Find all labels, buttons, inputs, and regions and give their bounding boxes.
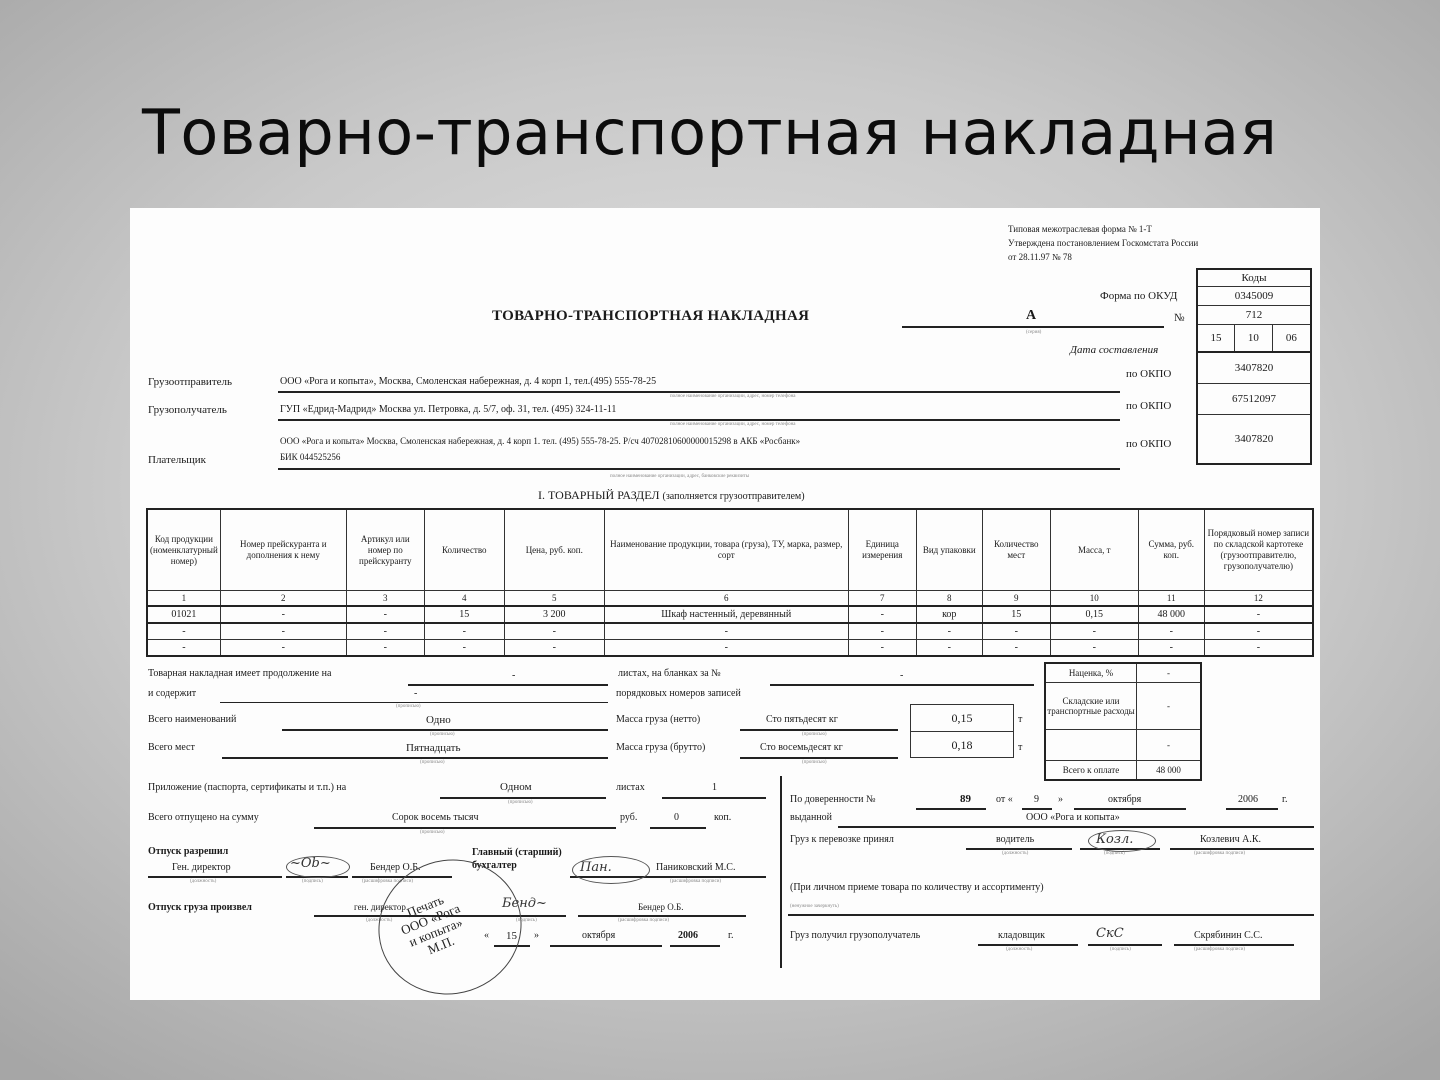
form-title: ТОВАРНО-ТРАНСПОРТНАЯ НАКЛАДНАЯ	[492, 308, 809, 325]
cell-unit: -	[848, 623, 916, 640]
released-hint: (прописью)	[420, 830, 445, 835]
permitted-label: Отпуск разрешил	[148, 846, 228, 857]
date-month: 10	[1235, 325, 1273, 353]
col-number: 1	[147, 591, 220, 607]
col-header: Порядковый номер записи по складской кар…	[1204, 509, 1313, 591]
receipt-note-hint: (ненужное зачеркнуть)	[790, 904, 839, 909]
total-places-hint: (прописью)	[420, 760, 445, 765]
contains-label: и содержит	[148, 688, 196, 699]
okpo-label-shipper: по ОКПО	[1126, 368, 1171, 380]
gross-unit: т	[1018, 742, 1022, 753]
section-title: I. ТОВАРНЫЙ РАЗДЕЛ (заполняется грузоотп…	[538, 488, 805, 503]
cell-packaging: кор	[916, 606, 982, 623]
col-header: Код продукции (номенклатурный номер)	[147, 509, 220, 591]
shipped-year-suffix: г.	[728, 930, 733, 941]
cell-code: 01021	[147, 606, 220, 623]
goods-table: Код продукции (номенклатурный номер) Ном…	[146, 508, 1314, 657]
col-number: 11	[1138, 591, 1204, 607]
col-header: Количество мест	[982, 509, 1050, 591]
cell-sum: -	[1138, 623, 1204, 640]
col-header: Вид упаковки	[916, 509, 982, 591]
gross-mass-hint: (прописью)	[802, 760, 827, 765]
shipped-name-hint: (расшифровка подписи)	[618, 918, 669, 923]
cell-mass: 0,15	[1050, 606, 1138, 623]
col-header: Цена, руб. коп.	[504, 509, 604, 591]
number-label: №	[1174, 312, 1185, 324]
okpo-label-payer: по ОКПО	[1126, 438, 1171, 450]
chief-accountant-name: Паниковский М.С.	[656, 862, 735, 873]
kop-label: коп.	[714, 812, 731, 823]
accepted-signature: Козл.	[1096, 832, 1133, 847]
goods-table-header: Код продукции (номенклатурный номер) Ном…	[147, 509, 1313, 591]
gross-mass-words: Сто восемьдесят кг	[760, 742, 843, 753]
blank-value: -	[1137, 730, 1202, 761]
cell-places: 15	[982, 606, 1050, 623]
receipt-signature-hint: (подпись)	[1110, 947, 1131, 952]
attachments-label: Приложение (паспорта, сертификаты и т.п.…	[148, 782, 346, 793]
receipt-signature: СкС	[1096, 926, 1124, 941]
col-header: Номер прейскуранта и дополнения к нему	[220, 509, 346, 591]
sheets-value: -	[900, 670, 903, 681]
markup-value: -	[1137, 663, 1202, 683]
series-hint: (серия)	[1026, 330, 1041, 335]
receipt-name-hint: (расшифровка подписи)	[1194, 947, 1245, 952]
power-of-attorney-close-quote: »	[1058, 794, 1063, 805]
receipt-position: кладовщик	[998, 930, 1045, 941]
col-header: Масса, т	[1050, 509, 1138, 591]
cell-product-name: -	[604, 640, 848, 657]
net-unit: т	[1018, 714, 1022, 725]
date-day: 15	[1197, 325, 1235, 353]
receipt-note: (При личном приеме товара по количеству …	[790, 882, 1044, 893]
accepted-position: водитель	[996, 834, 1034, 845]
cell-record-number: -	[1204, 640, 1313, 657]
approval-line: от 28.11.97 № 78	[1008, 250, 1198, 264]
attachments-value: Одном	[500, 781, 532, 793]
col-header: Сумма, руб. коп.	[1138, 509, 1204, 591]
kop-value: 0	[674, 812, 679, 823]
shipped-date-month: октября	[582, 930, 615, 941]
power-of-attorney-month: октября	[1108, 794, 1141, 805]
markup-label: Наценка, %	[1045, 663, 1137, 683]
shipper-hint: полное наименование организации, адрес, …	[670, 394, 795, 399]
shipped-label: Отпуск груза произвел	[148, 902, 252, 913]
net-mass-hint: (прописью)	[802, 732, 827, 737]
number-value: 712	[1197, 306, 1311, 325]
cell-price: -	[504, 640, 604, 657]
approval-line: Типовая межотраслевая форма № 1-Т	[1008, 222, 1198, 236]
table-row: 01021 - - 15 3 200 Шкаф настенный, дерев…	[147, 606, 1313, 623]
total-items-hint: (прописью)	[430, 732, 455, 737]
date-label: Дата составления	[1070, 344, 1158, 356]
cell-code: -	[147, 640, 220, 657]
cell-places: -	[982, 623, 1050, 640]
accountant-signature: Пан.	[580, 860, 612, 875]
waybill-document: Типовая межотраслевая форма № 1-Т Утверж…	[130, 208, 1320, 1000]
col-number: 5	[504, 591, 604, 607]
col-number: 3	[346, 591, 424, 607]
receipt-position-hint: (должность)	[1006, 947, 1032, 952]
cell-places: -	[982, 640, 1050, 657]
cell-mass: -	[1050, 623, 1138, 640]
cell-quantity: -	[424, 640, 504, 657]
codes-box: Коды 0345009 712 15 10 06 3407820 675120…	[1196, 268, 1312, 465]
total-items-value: Одно	[426, 714, 451, 726]
consignee-label: Грузополучатель	[148, 404, 227, 416]
consignee-hint: полное наименование организации, адрес, …	[670, 422, 795, 427]
col-number: 10	[1050, 591, 1138, 607]
shipped-name: Бендер О.Б.	[638, 902, 683, 912]
col-number: 9	[982, 591, 1050, 607]
chief-accountant-hint: (расшифровка подписи)	[670, 879, 721, 884]
cell-product-name: Шкаф настенный, деревянный	[604, 606, 848, 623]
cell-quantity: 15	[424, 606, 504, 623]
accepted-position-hint: (должность)	[1002, 851, 1028, 856]
power-of-attorney-label: По доверенности №	[790, 794, 876, 805]
continuation-value: -	[512, 670, 515, 681]
cell-packaging: -	[916, 640, 982, 657]
shipped-date-year: 2006	[678, 930, 698, 941]
cell-unit: -	[848, 606, 916, 623]
warehouse-value: -	[1137, 683, 1202, 730]
mass-box: 0,15 0,18	[910, 704, 1014, 758]
continuation-label: Товарная накладная имеет продолжение на	[148, 668, 331, 679]
cell-article: -	[346, 606, 424, 623]
power-of-attorney-from: от «	[996, 794, 1013, 805]
date-year: 06	[1272, 325, 1311, 353]
consignee-value: ГУП «Едрид-Мадрид» Москва ул. Петровка, …	[280, 404, 616, 415]
issued-label: выданной	[790, 812, 832, 823]
receipt-label: Груз получил грузополучатель	[790, 930, 920, 941]
power-of-attorney-year: 2006	[1238, 794, 1258, 805]
shipped-date-close-quote: »	[534, 930, 539, 941]
net-mass-label: Масса груза (нетто)	[616, 714, 700, 725]
permitted-signature-hint: (подпись)	[302, 879, 323, 884]
cell-price: 3 200	[504, 606, 604, 623]
shipper-value: ООО «Рога и копыта», Москва, Смоленская …	[280, 376, 656, 387]
sheets-label: листах, на бланках за №	[618, 668, 721, 679]
total-payable-label: Всего к оплате	[1045, 761, 1137, 781]
payer-hint: полное наименование организации, адрес, …	[610, 474, 749, 479]
total-places-label: Всего мест	[148, 742, 195, 753]
cell-price: -	[504, 623, 604, 640]
shipper-label: Грузоотправитель	[148, 376, 232, 388]
payer-value-line1: ООО «Рога и копыта» Москва, Смоленская н…	[280, 436, 800, 446]
okud-value: 0345009	[1197, 287, 1311, 306]
gross-mass-value: 0,18	[911, 732, 1013, 758]
okpo-payer-value: 3407820	[1197, 415, 1311, 465]
blank-label	[1045, 730, 1137, 761]
cell-pricelist: -	[220, 623, 346, 640]
cell-sum: -	[1138, 640, 1204, 657]
net-mass-value: 0,15	[911, 705, 1013, 732]
cell-pricelist: -	[220, 640, 346, 657]
rub-label: руб.	[620, 812, 637, 823]
col-number: 8	[916, 591, 982, 607]
col-number: 6	[604, 591, 848, 607]
power-of-attorney-number: 89	[960, 793, 971, 805]
form-approval: Типовая межотраслевая форма № 1-Т Утверж…	[1008, 222, 1198, 264]
contains-value: -	[414, 688, 417, 699]
released-label: Всего отпущено на сумму	[148, 812, 259, 823]
table-row: - - - - - - - - - - - -	[147, 623, 1313, 640]
accepted-name: Козлевич А.К.	[1200, 834, 1261, 845]
table-row: - - - - - - - - - - - -	[147, 640, 1313, 657]
col-number: 7	[848, 591, 916, 607]
section-divider	[780, 776, 782, 968]
section-note: (заполняется грузоотправителем)	[663, 491, 805, 502]
cell-quantity: -	[424, 623, 504, 640]
attachments-hint: (прописью)	[508, 800, 533, 805]
accepted-name-hint: (расшифровка подписи)	[1194, 851, 1245, 856]
payer-label: Плательщик	[148, 454, 206, 466]
cell-sum: 48 000	[1138, 606, 1204, 623]
gross-mass-label: Масса груза (брутто)	[616, 742, 705, 753]
warehouse-label: Складские или транспортные расходы	[1045, 683, 1137, 730]
cell-record-number: -	[1204, 606, 1313, 623]
okpo-consignee-value: 67512097	[1197, 384, 1311, 415]
attachments-sheets-label: листах	[616, 782, 645, 793]
accepted-label: Груз к перевозке принял	[790, 834, 894, 845]
cell-mass: -	[1050, 640, 1138, 657]
attachments-sheets-value: 1	[712, 782, 717, 793]
column-numbers-row: 1 2 3 4 5 6 7 8 9 10 11 12	[147, 591, 1313, 607]
cell-article: -	[346, 640, 424, 657]
section-title-text: I. ТОВАРНЫЙ РАЗДЕЛ	[538, 488, 660, 502]
col-number: 4	[424, 591, 504, 607]
okud-label: Форма по ОКУД	[1100, 290, 1177, 302]
series-value: А	[1026, 308, 1036, 324]
permitted-position-hint: (должность)	[190, 879, 216, 884]
approval-line: Утверждена постановлением Госкомстата Ро…	[1008, 236, 1198, 250]
power-of-attorney-year-suffix: г.	[1282, 794, 1287, 805]
cell-code: -	[147, 623, 220, 640]
permitted-position: Ген. директор	[172, 862, 231, 873]
power-of-attorney-day: 9	[1034, 794, 1039, 805]
payer-value-line2: БИК 044525256	[280, 452, 340, 462]
slide-title: Товарно-транспортная накладная	[142, 96, 1277, 169]
issued-by-value: ООО «Рога и копыта»	[1026, 812, 1120, 823]
receipt-name: Скрябинин С.С.	[1194, 930, 1262, 941]
col-header: Наименование продукции, товара (груза), …	[604, 509, 848, 591]
released-value: Сорок восемь тысяч	[392, 812, 478, 823]
cell-unit: -	[848, 640, 916, 657]
records-label: порядковых номеров записей	[616, 688, 741, 699]
cell-product-name: -	[604, 623, 848, 640]
totals-table: Наценка, %- Складские или транспортные р…	[1044, 662, 1202, 781]
net-mass-words: Сто пятьдесят кг	[766, 714, 838, 725]
codes-header: Коды	[1197, 269, 1311, 287]
col-number: 12	[1204, 591, 1313, 607]
okpo-shipper-value: 3407820	[1197, 352, 1311, 384]
cell-record-number: -	[1204, 623, 1313, 640]
cell-article: -	[346, 623, 424, 640]
total-items-label: Всего наименований	[148, 714, 236, 725]
cell-pricelist: -	[220, 606, 346, 623]
okpo-label-consignee: по ОКПО	[1126, 400, 1171, 412]
col-number: 2	[220, 591, 346, 607]
col-header: Единица измерения	[848, 509, 916, 591]
cell-packaging: -	[916, 623, 982, 640]
total-payable-value: 48 000	[1137, 761, 1202, 781]
contains-hint: (прописью)	[396, 704, 421, 709]
col-header: Артикул или номер по прейскуранту	[346, 509, 424, 591]
accepted-signature-hint: (подпись)	[1104, 851, 1125, 856]
total-places-value: Пятнадцать	[406, 742, 460, 754]
col-header: Количество	[424, 509, 504, 591]
